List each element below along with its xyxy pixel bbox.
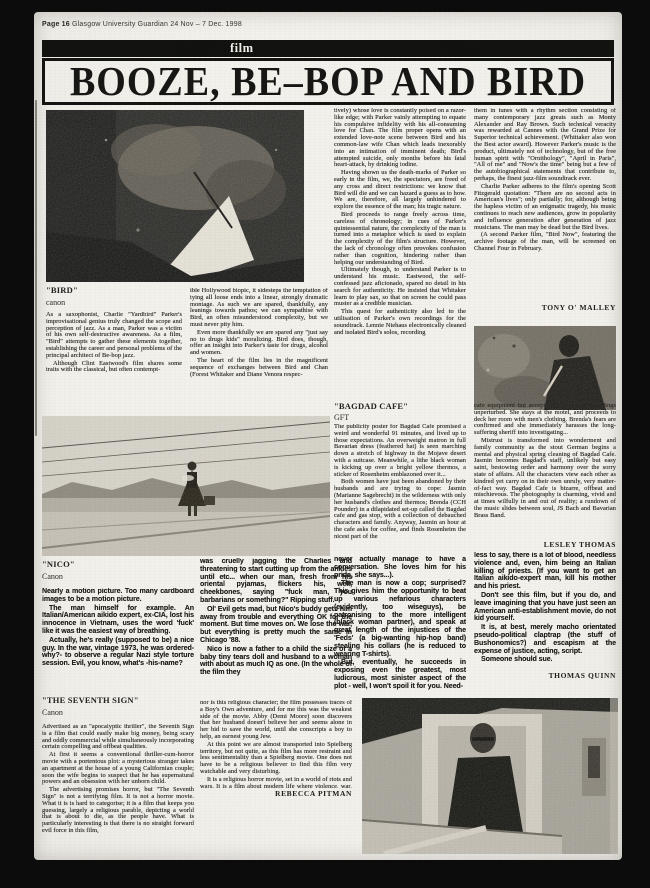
paragraph: Ultimately though, to understand Parker … [334,267,466,308]
caption-bird-title: "BIRD" [46,286,78,295]
byline-seventh: REBECCA PITMAN [200,790,352,798]
paragraph: cafe equipment but accepts the bizarre s… [474,403,616,437]
article-nico-column-4: less to say, there is a lot of blood, ne… [474,552,616,669]
paragraph: ible Hollywood biopic, it sidesteps the … [190,288,328,329]
paragraph: Having shown us the death-marks of Parke… [334,170,466,211]
article-seventh-column-1: Advertised as an "apocalyptic thriller",… [42,724,194,860]
masthead: Page 16 Glasgow University Guardian 24 N… [42,21,242,29]
article-bird-column-1: As a saxophonist, Charlie "Yardbird" Par… [46,312,182,401]
article-bird-column-3: tively) whose love is constantly poised … [334,108,466,394]
masthead-title-date: Glasgow University Guardian 24 Nov – 7 D… [72,21,242,28]
paragraph: Although Clint Eastwood's film shares so… [46,361,182,375]
paragraph: them in tunes with a rhythm section cons… [474,108,616,183]
paragraph: Both women have just been abandoned by t… [334,479,466,540]
paragraph: Don't see this film, but if you do, and … [474,592,616,623]
photo-desert-highway [42,416,330,556]
paragraph: Actually, he's really (supposed to be) a… [42,637,194,668]
caption-nico-venue: Canon [42,572,63,581]
paragraph: Charlie Parker adheres to the film's ope… [474,184,616,232]
paragraph: It is, at best, merely macho orientated … [474,624,616,655]
paragraph: Nico is now a father to a child the size… [200,646,352,677]
heading-bagdad-venue: GFT [334,413,349,422]
paragraph: But, eventually, he succeeds in exposing… [334,659,466,690]
paragraph: Someone should sue. [474,656,616,664]
heading-bagdad-title: "BAGDAD CAFE" [334,402,408,411]
byline-nico: THOMAS QUINN [474,672,616,680]
paragraph: nor is this religious character; the fil… [200,700,352,741]
article-nico-column-3: never actually manage to have a conversa… [334,556,466,696]
newspaper-page: Page 16 Glasgow University Guardian 24 N… [34,12,622,860]
paragraph: tively) whose love is constantly poised … [334,108,466,169]
paragraph: It is a religious horror movie, set in a… [200,777,352,788]
article-bagdad-column-1: The publicity poster for Bagdad Cafe pro… [334,424,466,546]
headline-box: BOOZE, BE–BOP AND BIRD [42,58,614,105]
paragraph: Even more thankfully we are spared any "… [190,330,328,357]
paragraph: Ol' Evil gets mad, but Nico's buddy gets… [200,606,352,645]
article-nico-column-1: Nearly a motion picture. Too many cardbo… [42,588,194,689]
heading-seventh-sign-venue: Canon [42,708,63,717]
paragraph: Advertised as an "apocalyptic thriller",… [42,724,194,751]
article-seventh-column-2: nor is this religious character; the fil… [200,700,352,788]
photo-bird-film-still [46,110,304,282]
scanned-newspaper-screenshot: { "page": { "masthead_page": "Page 16", … [0,0,650,888]
masthead-page-number: Page 16 [42,21,70,28]
paragraph: As a saxophonist, Charlie "Yardbird" Par… [46,312,182,360]
paragraph: The heart of the film lies in the magnif… [190,358,328,378]
caption-nico-title: "NICO" [42,560,75,569]
photo-man-behind-counter [362,698,618,854]
heading-seventh-sign-title: "THE SEVENTH SIGN" [42,696,139,705]
paragraph: At first it seems a conventional thrille… [42,752,194,786]
paragraph: Nearly a motion picture. Too many cardbo… [42,588,194,604]
article-bird-column-2: ible Hollywood biopic, it sidesteps the … [190,288,328,405]
scan-artifact-line [35,100,37,436]
caption-bird-venue: canon [46,298,65,307]
photo-saxophonist [474,326,616,410]
article-bird-column-4: them in tunes with a rhythm section cons… [474,108,616,300]
paragraph: less to say, there is a lot of blood, ne… [474,552,616,591]
paragraph: The advertising promises horror, but "Th… [42,787,194,835]
paragraph: The man himself for example. An Italian/… [42,605,194,636]
article-nico-column-2: was cruelly jagging the Charlies and thr… [200,558,352,691]
paragraph: The man is now a cop; surprised? This gi… [334,580,466,658]
paragraph: was cruelly jagging the Charlies and thr… [200,558,352,605]
paragraph: At this point we are almost transported … [200,742,352,776]
paragraph: This quest for authenticity also led to … [334,309,466,336]
paragraph: The publicity poster for Bagdad Cafe pro… [334,424,466,478]
paragraph: Mistrust is transformed into wonderment … [474,438,616,520]
article-bagdad-column-2: cafe equipment but accepts the bizarre s… [474,403,616,539]
page-headline: BOOZE, BE–BOP AND BIRD [70,61,586,102]
byline-bagdad: LESLEY THOMAS [474,541,616,549]
paragraph: (A second Parker film, "Bird Now", featu… [474,232,616,252]
paragraph: Bird proceeds to range freely across tim… [334,212,466,266]
section-bar: film [42,40,614,57]
byline-bird: TONY O' MALLEY [474,304,616,312]
paragraph: never actually manage to have a conversa… [334,556,466,579]
section-label: film [230,42,254,55]
